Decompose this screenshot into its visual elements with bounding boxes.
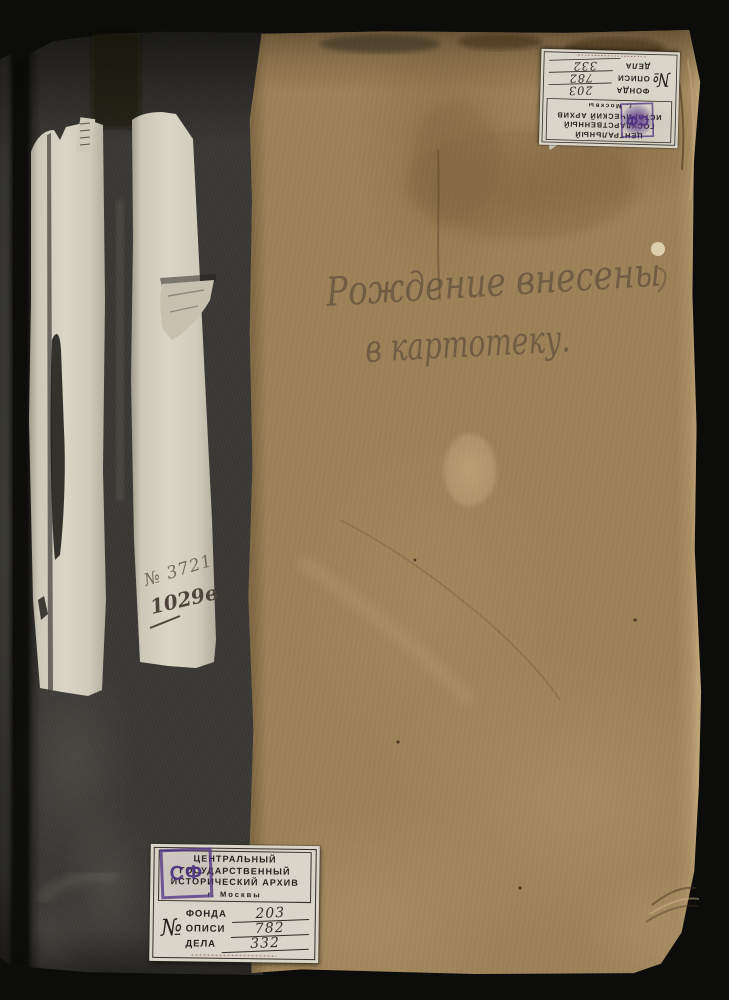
field-row-delo: ДЕЛА 332 <box>185 935 308 952</box>
number-sign: № <box>649 59 674 99</box>
field-row-fond: ФОНДА 203 <box>186 905 309 922</box>
label-fields: № ФОНДА 203 ОПИСИ 782 ДЕЛА 332 <box>547 56 674 101</box>
field-label: ОПИСИ <box>613 72 650 83</box>
stamp-letters: СФ <box>169 861 203 885</box>
purple-stamp: СФ <box>620 102 654 137</box>
number-sign: № <box>156 903 187 952</box>
spine-fold-sheen <box>40 875 118 900</box>
field-value-handwritten: 203 <box>548 83 611 97</box>
cover-details-layer: № 3721 1029в Рождение внесены в картотек… <box>0 0 729 1000</box>
field-label: ДЕЛА <box>185 938 221 950</box>
label-frame: ЦЕНТРАЛЬНЫЙ ГОСУДАРСТВЕННЫЙ ИСТОРИЧЕСКИЙ… <box>542 51 678 145</box>
archive-label-bottom: ЦЕНТРАЛЬНЫЙ ГОСУДАРСТВЕННЫЙ ИСТОРИЧЕСКИЙ… <box>149 844 320 963</box>
cover-stains <box>300 34 699 922</box>
field-label: ФОНДА <box>612 84 650 95</box>
spine-hinge-smear <box>92 33 140 128</box>
field-value-handwritten: 332 <box>221 935 309 953</box>
printer-imprint <box>192 954 276 956</box>
spine-paper-strip-left <box>29 117 106 696</box>
field-row-opis: ОПИСИ 782 <box>186 920 309 937</box>
archive-label-top: ЦЕНТРАЛЬНЫЙ ГОСУДАРСТВЕННЫЙ ИСТОРИЧЕСКИЙ… <box>539 49 680 149</box>
handwritten-title-line1: Рождение внесены <box>324 250 662 316</box>
field-label: ДЕЛА <box>621 60 650 71</box>
field-label: ОПИСИ <box>186 923 231 936</box>
stamp-letters: СФ <box>625 112 649 129</box>
label-fields: № ФОНДА 203 ОПИСИ 782 ДЕЛА 332 <box>157 901 311 954</box>
field-label: ФОНДА <box>186 908 232 921</box>
purple-stamp: СФ <box>159 847 213 899</box>
handwritten-title-line2: в картотеку. <box>364 316 571 371</box>
field-value-handwritten: 332 <box>549 58 621 72</box>
archival-book-cover-photo: № 3721 1029в Рождение внесены в картотек… <box>0 0 729 1000</box>
field-value-handwritten: 782 <box>549 70 613 84</box>
